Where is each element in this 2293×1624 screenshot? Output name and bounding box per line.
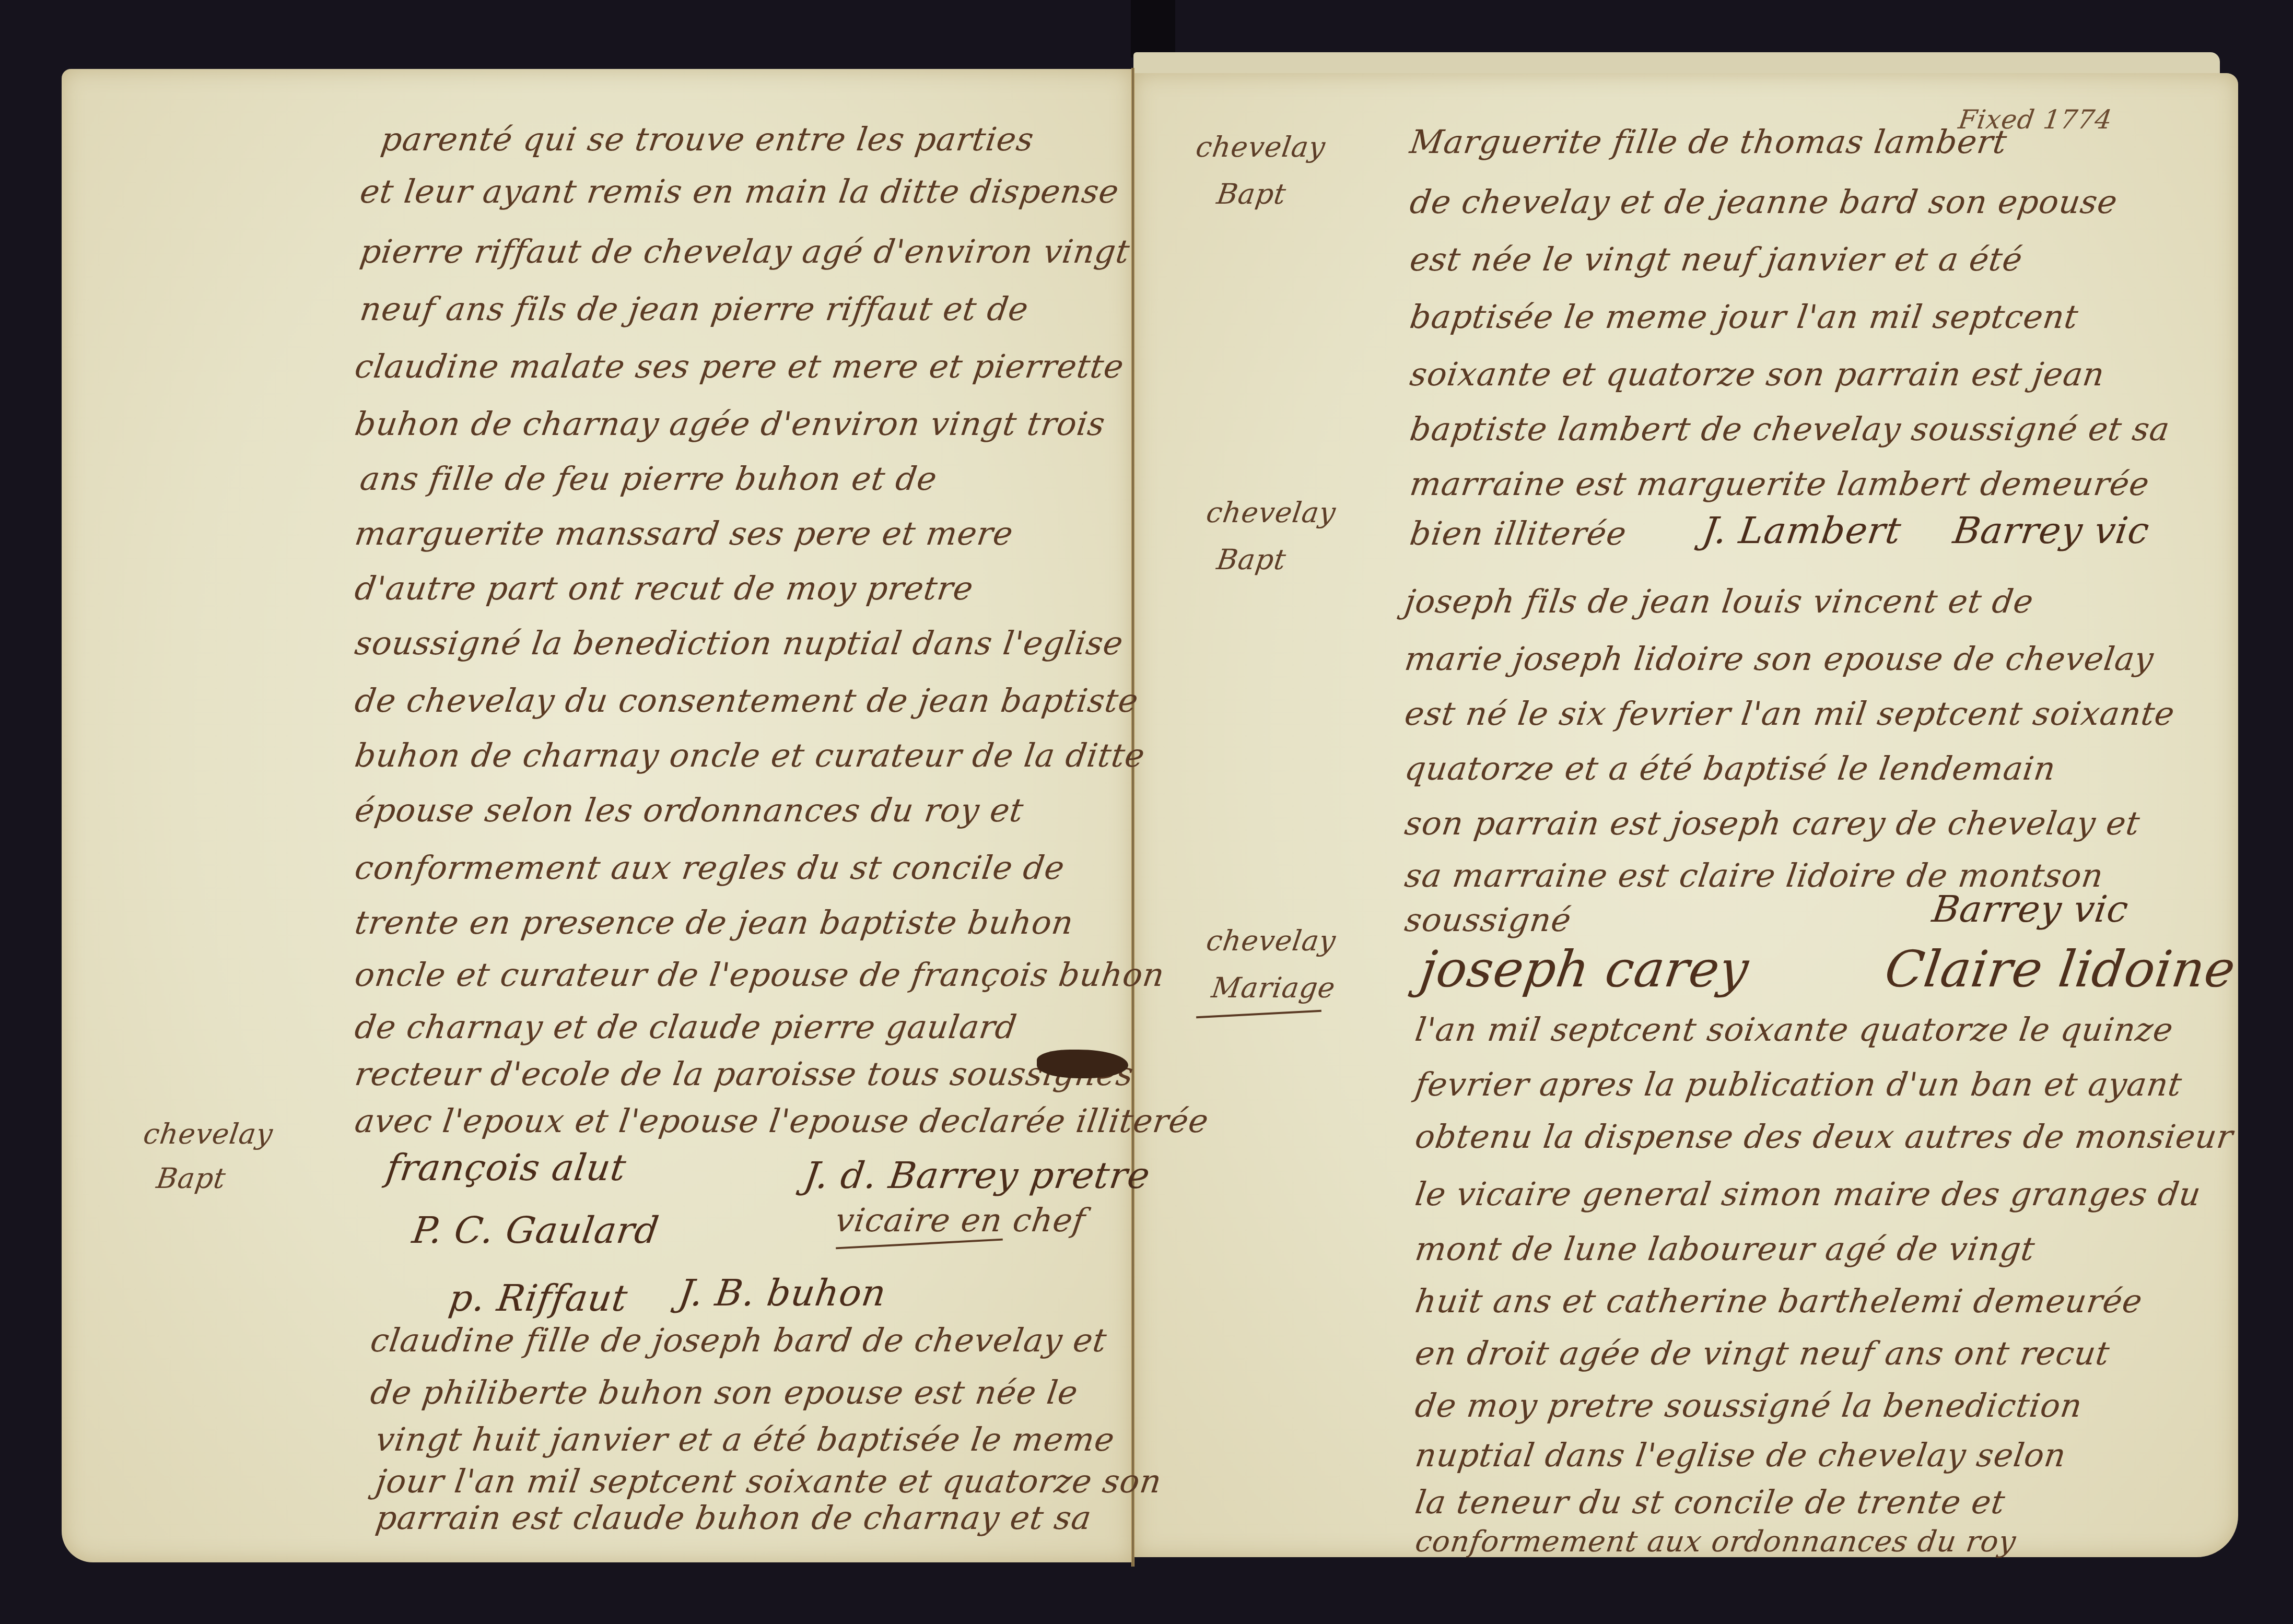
text-line: jour l'an mil septcent soixante et quato… [373, 1462, 1164, 1500]
text-line: claudine malate ses pere et mere et pier… [353, 347, 1127, 385]
text-line: pierre riffaut de chevelay agé d'environ… [358, 232, 1132, 270]
text-line: est née le vingt neuf janvier et a été [1408, 240, 2025, 278]
signature-large: joseph carey [1417, 940, 1752, 998]
text-line: de chevelay et de jeanne bard son epouse [1408, 183, 2120, 221]
text-line: Marguerite fille de thomas lambert [1408, 123, 2009, 161]
text-line: vingt huit janvier et a été baptisée le … [373, 1420, 1117, 1458]
text-line: claudine fille de joseph bard de chevela… [368, 1321, 1109, 1359]
text-line: soixante et quatorze son parrain est jea… [1408, 355, 2107, 393]
text-line: conformement aux regles du st concile de [353, 849, 1067, 887]
text-line: buhon de charnay agée d'environ vingt tr… [353, 405, 1108, 443]
text-line: marie joseph lidoire son epouse de cheve… [1402, 640, 2156, 678]
text-line: fevrier apres la publication d'un ban et… [1413, 1065, 2185, 1103]
text-line: de philiberte buhon son epouse est née l… [368, 1373, 1081, 1411]
text-line: huit ans et catherine barthelemi demeuré… [1413, 1282, 2145, 1320]
signature: J. d. Barrey pretre [801, 1154, 1153, 1197]
signature-title: vicaire en chef [833, 1201, 1088, 1239]
text-line: de charnay et de claude pierre gaulard [353, 1008, 1020, 1046]
text-line: joseph fils de jean louis vincent et de [1402, 582, 2036, 620]
text-line: son parrain est joseph carey de chevelay… [1402, 804, 2143, 842]
signature-large: Claire lidoine [1881, 940, 2239, 998]
margin-note-place: chevelay [142, 1117, 275, 1150]
text-line: obtenu la dispense des deux autres de mo… [1413, 1117, 2236, 1156]
text-line: de moy pretre soussigné la benediction [1413, 1386, 2085, 1425]
text-line: soussigné la benediction nuptial dans l'… [353, 624, 1126, 662]
text-line: la teneur du st concile de trente et [1413, 1483, 2008, 1521]
text-line: parenté qui se trouve entre les parties [379, 120, 1036, 158]
text-line: en droit agée de vingt neuf ans ont recu… [1413, 1334, 2112, 1372]
text-line: épouse selon les ordonnances du roy et [353, 791, 1026, 829]
text-line: parrain est claude buhon de charnay et s… [373, 1499, 1094, 1537]
page-gutter [1131, 68, 1134, 1567]
binding-spine [1131, 0, 1175, 57]
text-line: baptisée le meme jour l'an mil septcent [1408, 298, 2081, 336]
margin-note-place: chevelay [1194, 131, 1328, 163]
text-line: recteur d'ecole de la paroisse tous sous… [353, 1055, 1136, 1093]
text-line: bien illiterée [1408, 514, 1629, 552]
text-line: ans fille de feu pierre buhon et de [358, 460, 940, 498]
text-line: avec l'epoux et l'epouse l'epouse declar… [353, 1102, 1211, 1140]
text-line: mont de lune laboureur agé de vingt [1413, 1230, 2038, 1268]
text-line: conformement aux ordonnances du roy [1413, 1525, 2018, 1559]
margin-note-type: Bapt [1215, 543, 1289, 576]
margin-note-type: Mariage [1210, 971, 1338, 1004]
margin-note-type: Bapt [1215, 178, 1289, 210]
text-line: quatorze et a été baptisé le lendemain [1402, 749, 2058, 787]
text-line: marraine est marguerite lambert demeurée [1408, 465, 2152, 503]
text-line: d'autre part ont recut de moy pretre [353, 569, 976, 607]
text-line: nuptial dans l'eglise de chevelay selon [1413, 1436, 2069, 1474]
text-line: trente en presence de jean baptiste buho… [353, 903, 1076, 942]
signature: P. C. Gaulard [410, 1209, 662, 1252]
text-line: soussigné [1402, 901, 1574, 939]
text-line: et leur ayant remis en main la ditte dis… [358, 172, 1121, 210]
text-line: marguerite manssard ses pere et mere [353, 514, 1016, 552]
text-line: oncle et curateur de l'epouse de françoi… [353, 956, 1167, 994]
margin-note-place: chevelay [1204, 924, 1338, 957]
text-line: de chevelay du consentement de jean bapt… [353, 681, 1141, 720]
signature: françois alut [383, 1146, 629, 1189]
signature: Barrey vic [1929, 888, 2131, 931]
signature: J. Lambert [1700, 509, 1904, 552]
text-line: buhon de charnay oncle et curateur de la… [353, 736, 1148, 774]
text-line: est né le six fevrier l'an mil septcent … [1402, 695, 2178, 733]
signature: p. Riffaut [446, 1277, 630, 1320]
text-line: le vicaire general simon maire des grang… [1413, 1175, 2204, 1213]
signature: J. B. buhon [676, 1272, 889, 1314]
margin-note-place: chevelay [1204, 496, 1338, 529]
signature: Barrey vic [1950, 509, 2152, 552]
text-line: baptiste lambert de chevelay soussigné e… [1408, 410, 2172, 448]
margin-note-type: Bapt [155, 1162, 228, 1195]
text-line: l'an mil septcent soixante quatorze le q… [1413, 1010, 2176, 1049]
text-line: neuf ans fils de jean pierre riffaut et … [358, 290, 1031, 328]
